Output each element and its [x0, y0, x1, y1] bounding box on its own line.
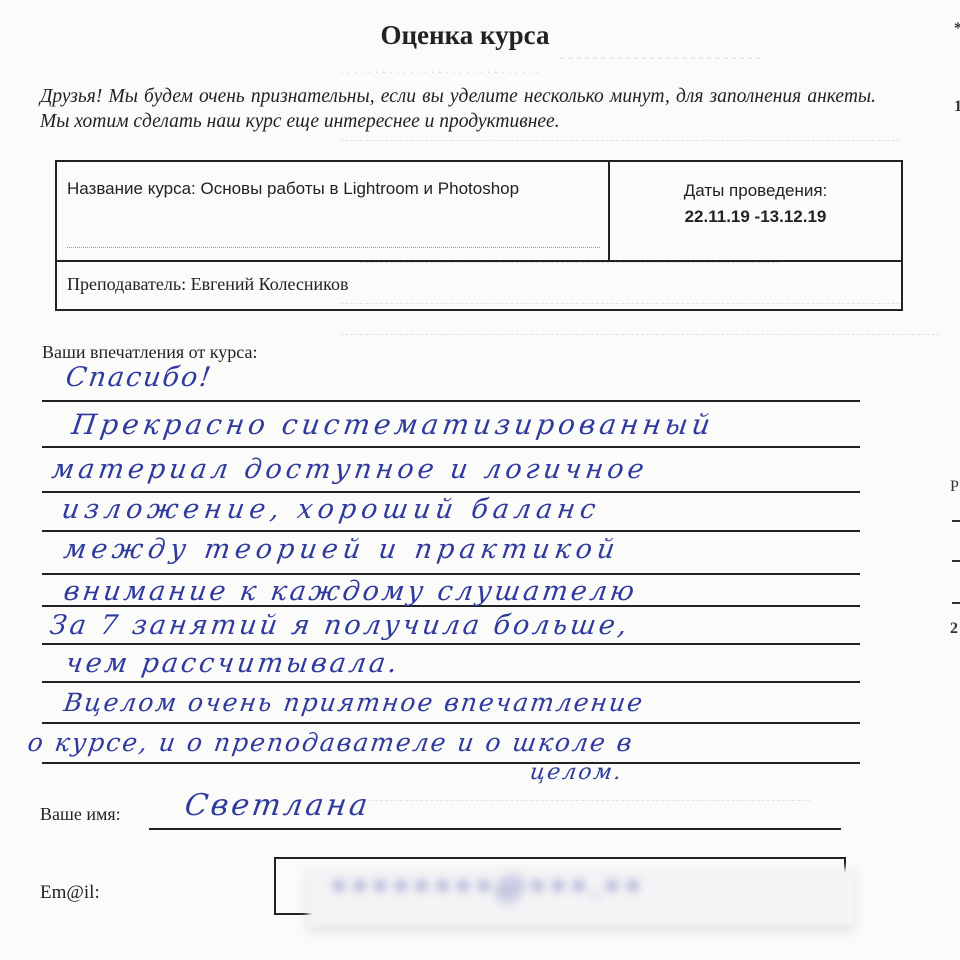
edge-mark: 1: [954, 98, 960, 116]
dates-value: 22.11.19 -13.12.19: [610, 204, 901, 230]
course-name-cell: Название курса: Основы работы в Lightroo…: [57, 162, 610, 260]
handwritten-line: о курсе, и о преподавателе и о школе в: [26, 728, 636, 757]
email-redacted-value: ••••••••@•••.••: [330, 870, 645, 905]
form-intro: Друзья! Мы будем очень признательны, есл…: [40, 84, 876, 134]
handwritten-line: Прекрасно систематизированный: [70, 408, 717, 441]
answer-line: [42, 722, 860, 724]
dates-label: Даты проведения:: [684, 181, 828, 200]
handwritten-line: Вцелом очень приятное впечатление: [62, 688, 646, 717]
course-name-label: Название курса: Основы работы в Lightroo…: [67, 179, 519, 198]
handwritten-line: материал доступное и логичное: [50, 454, 650, 485]
answer-line: [42, 491, 860, 493]
edge-line: [952, 560, 960, 562]
course-info-table: Название курса: Основы работы в Lightroo…: [55, 160, 903, 311]
course-dates-cell: Даты проведения: 22.11.19 -13.12.19: [610, 162, 901, 276]
bleed-through-line: [340, 334, 940, 335]
handwritten-line: изложение, хороший баланс: [60, 494, 603, 525]
handwritten-line: между теорией и практикой: [62, 534, 622, 565]
answer-line: [42, 446, 860, 448]
answer-line: [42, 643, 860, 645]
answer-line: [42, 681, 860, 683]
edge-mark: *: [954, 20, 960, 38]
bleed-through-line: [370, 800, 810, 801]
edge-line: [952, 520, 960, 522]
course-underline: [67, 247, 600, 248]
answer-line: [42, 530, 860, 532]
answer-line: [42, 762, 860, 764]
teacher-cell: Преподаватель: Евгений Колесников: [57, 260, 901, 309]
answer-line: [42, 400, 860, 402]
handwritten-line: целом.: [528, 760, 624, 785]
handwritten-line: Спасибо!: [64, 362, 215, 393]
answer-line: [42, 573, 860, 575]
bleed-through-text: - - - - - - - - - - - - - - - - - - - - …: [560, 50, 761, 66]
edge-line: [952, 602, 960, 604]
handwritten-line: За 7 занятий я получила больше,: [48, 610, 632, 641]
edge-mark: Р: [950, 478, 959, 496]
form-title: Оценка курса: [0, 20, 930, 51]
edge-mark: 2: [950, 620, 958, 638]
name-line: [149, 828, 841, 830]
email-label: Em@il:: [40, 882, 100, 904]
teacher-label: Преподаватель: Евгений Колесников: [67, 274, 349, 294]
handwritten-line: внимание к каждому слушателю: [62, 576, 639, 607]
name-label: Ваше имя:: [40, 804, 121, 825]
impressions-label: Ваши впечатления от курса:: [42, 342, 258, 363]
handwritten-line: чем рассчитывала.: [64, 648, 402, 679]
handwritten-name: Светлана: [183, 788, 373, 823]
bleed-through-text: . . . . . . . . . . . . . . . . . . . . …: [340, 62, 540, 78]
bleed-through-line: [340, 140, 900, 141]
